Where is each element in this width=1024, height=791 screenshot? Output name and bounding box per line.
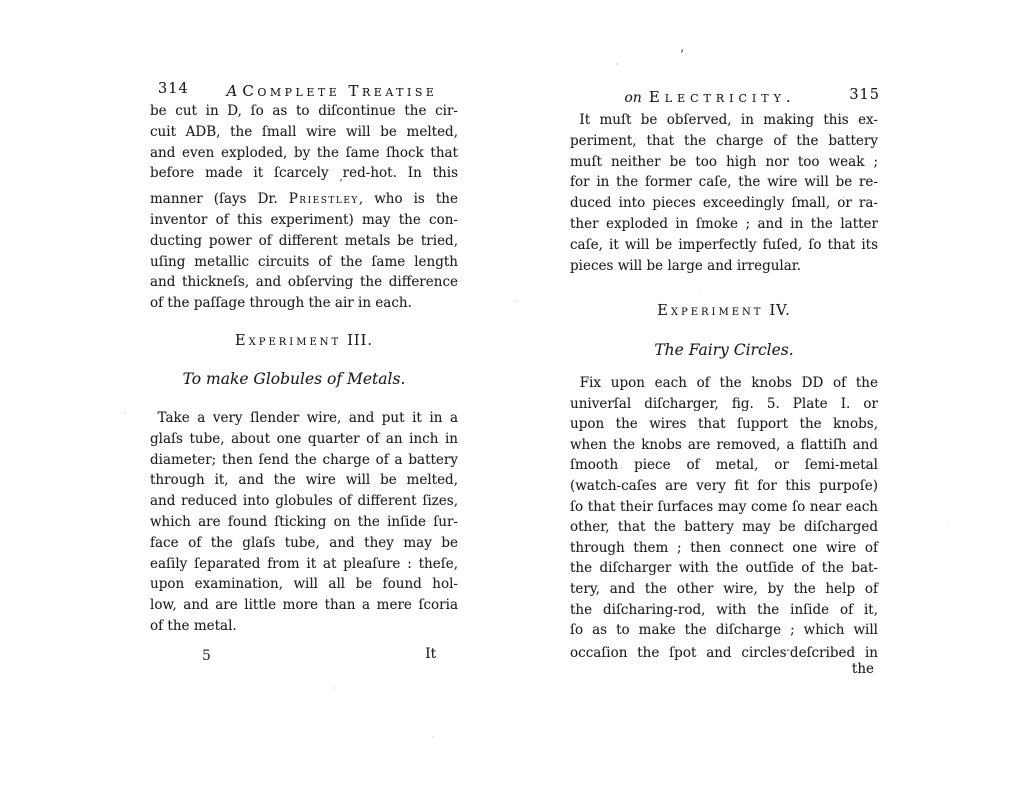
left-paragraph-1: be cut in D, ſo as to diſcontinue the ci… (150, 101, 458, 314)
scan-speck (700, 290, 702, 292)
text-line: and thickneſs, and obſerving the differe… (150, 272, 458, 293)
left-section-subtitle: To make Globules of Metals. (140, 370, 448, 388)
scan-speck (333, 687, 335, 689)
text-line: occaſion the ſpot and circles-deſcribed … (570, 641, 878, 664)
right-page-number: 315 (849, 87, 880, 103)
text-line: low, and are little more than a mere ſco… (150, 595, 458, 616)
right-paragraph-1: It muſt be obſerved, in making this ex-p… (570, 110, 878, 276)
right-catchword: the (852, 661, 874, 677)
scan-speck (843, 196, 845, 198)
text-line: inventor of this experiment) may the con… (150, 210, 458, 231)
text-line: when the knobs are removed, a flattiſh a… (570, 435, 878, 456)
right-running-header: onElectricity. 315 (570, 87, 880, 107)
text-line: diameter; then ſend the charge of a batt… (150, 450, 458, 471)
left-header-article: A (227, 82, 238, 100)
text-line: pieces will be large and irregular. (570, 256, 878, 277)
left-section-heading: ExperimentIII. (150, 333, 458, 349)
scan-speck (124, 412, 126, 414)
text-line: cuit ADB, the ſmall wire will be melted, (150, 122, 458, 143)
text-line: before made it ſcarcely ,red-hot. In thi… (150, 163, 458, 189)
signature-mark: 5 (202, 648, 211, 664)
left-running-header: 314 AComplete Treatise (150, 81, 460, 101)
experiment-numeral: IV. (769, 303, 790, 319)
text-line: ſo as to make the diſcharge ; which will (570, 620, 878, 641)
text-line: Fix upon each of the knobs DD of the (570, 373, 878, 394)
text-line: (watch-caſes are very fit for this purpo… (570, 476, 878, 497)
left-page-footer: 5 It (150, 648, 458, 668)
text-line: Take a very ſlender wire, and put it in … (150, 408, 458, 429)
text-line: glaſs tube, about one quarter of an inch… (150, 429, 458, 450)
scan-speck (515, 300, 517, 302)
text-line: through them ; then connect one wire of (570, 538, 878, 559)
left-catchword: It (425, 646, 436, 662)
scan-speck (946, 522, 948, 524)
text-line: caſe, it will be imperfectly fuſed, ſo t… (570, 235, 878, 256)
text-line: and even exploded, by the ſame ſhock tha… (150, 143, 458, 164)
right-paragraph-2: Fix upon each of the knobs DD of theuniv… (570, 373, 878, 663)
text-line: upon examination, will all be found hol- (150, 574, 458, 595)
left-header-main: Complete Treatise (242, 82, 437, 100)
experiment-numeral: III. (347, 333, 373, 349)
text-line: upon the wires that ſupport the knobs, (570, 414, 878, 435)
right-section-heading: ExperimentIV. (570, 303, 878, 319)
text-line: the diſcharger with the outſide of the b… (570, 558, 878, 579)
text-line: be cut in D, ſo as to diſcontinue the ci… (150, 101, 458, 122)
right-header-title: onElectricity. (570, 87, 880, 106)
text-line: other, that the battery may be diſcharge… (570, 517, 878, 538)
left-paragraph-2: Take a very ſlender wire, and put it in … (150, 408, 458, 637)
text-line: ducting power of different metals be tri… (150, 231, 458, 252)
scan-speck (432, 736, 434, 738)
left-header-title: AComplete Treatise (150, 81, 460, 100)
scan-speck (616, 63, 618, 65)
text-line: for in the former caſe, the wire will be… (570, 172, 878, 193)
text-line: ther exploded in ſmoke ; and in the latt… (570, 214, 878, 235)
text-line: periment, that the charge of the battery (570, 131, 878, 152)
text-line: eaſily ſeparated from it at pleaſure : t… (150, 554, 458, 575)
stray-ink-mark: ’ (680, 48, 684, 63)
text-line: which are found ſticking on the inſide ſ… (150, 512, 458, 533)
text-line: of the metal. (150, 616, 458, 637)
experiment-word: Experiment (235, 333, 341, 349)
text-line: ſo that their ſurfaces may come ſo near … (570, 497, 878, 518)
text-line: tery, and the other wire, by the help of (570, 579, 878, 600)
experiment-word: Experiment (657, 303, 763, 319)
text-line: uſing metallic circuits of the ſame leng… (150, 252, 458, 273)
text-line: the diſcharing-rod, with the inſide of i… (570, 600, 878, 621)
text-line: ſmooth piece of metal, or ſemi-metal (570, 455, 878, 476)
right-section-subtitle: The Fairy Circles. (570, 341, 878, 359)
text-line: face of the glaſs tube, and they may be (150, 533, 458, 554)
text-line: of the paſſage through the air in each. (150, 293, 458, 314)
text-line: through it, and the wire will be melted, (150, 470, 458, 491)
book-scan: 314 AComplete Treatise be cut in D, ſo a… (0, 0, 1024, 791)
text-line: and reduced into globules of different ſ… (150, 491, 458, 512)
text-line: It muſt be obſerved, in making this ex- (570, 110, 878, 131)
text-line: manner (ſays Dr. Priestley, who is the (150, 189, 458, 210)
right-page-footer: the (570, 661, 878, 681)
right-header-main: Electricity. (649, 88, 796, 106)
text-line: duced into pieces exceedingly ſmall, or … (570, 193, 878, 214)
right-header-prefix: on (624, 90, 641, 106)
left-page-number: 314 (158, 81, 189, 97)
text-line: univerſal diſcharger, fig. 5. Plate I. o… (570, 394, 878, 415)
text-line: muſt neither be too high nor too weak ; (570, 152, 878, 173)
